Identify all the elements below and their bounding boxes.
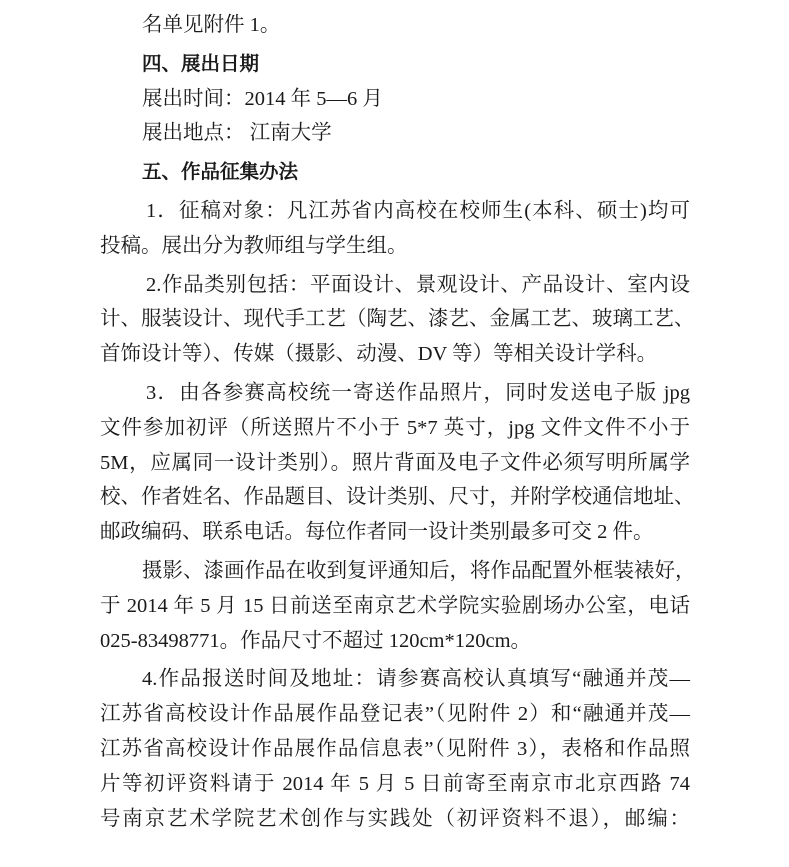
document-page: 名单见附件 1。 四、展出日期 展出时间：2014 年 5—6 月 展出地点： …: [100, 8, 690, 836]
paragraph-line: 计、服装设计、现代手工艺（陶艺、漆艺、金属工艺、玻璃工艺、: [100, 302, 690, 337]
paragraph-line: 2.作品类别包括：平面设计、景观设计、产品设计、室内设: [100, 268, 690, 303]
paragraph-line: 5M，应属同一设计类别）。照片背面及电子文件必须写明所属学: [100, 446, 690, 481]
paragraph-line: 于 2014 年 5 月 15 日前送至南京艺术学院实验剧场办公室，电话: [100, 589, 690, 624]
paragraph-line: 摄影、漆画作品在收到复评通知后，将作品配置外框装裱好，: [100, 554, 690, 589]
paragraph-line: 025-83498771。作品尺寸不超过 120cm*120cm。: [100, 624, 690, 659]
paragraph-line: 江苏省高校设计作品展作品登记表”（见附件 2）和“融通并茂—: [100, 697, 690, 732]
section-heading-collection-method: 五、作品征集办法: [100, 155, 690, 190]
paragraph-line: 1．征稿对象：凡江苏省内高校在校师生(本科、硕士)均可: [100, 194, 690, 229]
section-heading-exhibition-date: 四、展出日期: [100, 47, 690, 82]
paragraph-line: 首饰设计等）、传媒（摄影、动漫、DV 等）等相关设计学科。: [100, 337, 690, 372]
paragraph-line: 文件参加初评（所送照片不小于 5*7 英寸，jpg 文件文件不小于: [100, 411, 690, 446]
attachment-note: 名单见附件 1。: [100, 8, 690, 43]
exhibition-time: 展出时间：2014 年 5—6 月: [100, 82, 690, 117]
paragraph-line: 4.作品报送时间及地址：请参赛高校认真填写“融通并茂—: [100, 662, 690, 697]
paragraph-line: 邮政编码、联系电话。每位作者同一设计类别最多可交 2 件。: [100, 515, 690, 550]
exhibition-location: 展出地点： 江南大学: [100, 116, 690, 151]
paragraph-line: 3．由各参赛高校统一寄送作品照片，同时发送电子版 jpg: [100, 376, 690, 411]
paragraph-line: 投稿。展出分为教师组与学生组。: [100, 229, 690, 264]
paragraph-line: 校、作者姓名、作品题目、设计类别、尺寸，并附学校通信地址、: [100, 480, 690, 515]
paragraph-line: 号南京艺术学院艺术创作与实践处（初评资料不退），邮编：: [100, 802, 690, 837]
paragraph-line: 江苏省高校设计作品展作品信息表”（见附件 3），表格和作品照: [100, 732, 690, 767]
paragraph-line: 片等初评资料请于 2014 年 5 月 5 日前寄至南京市北京西路 74: [100, 767, 690, 802]
